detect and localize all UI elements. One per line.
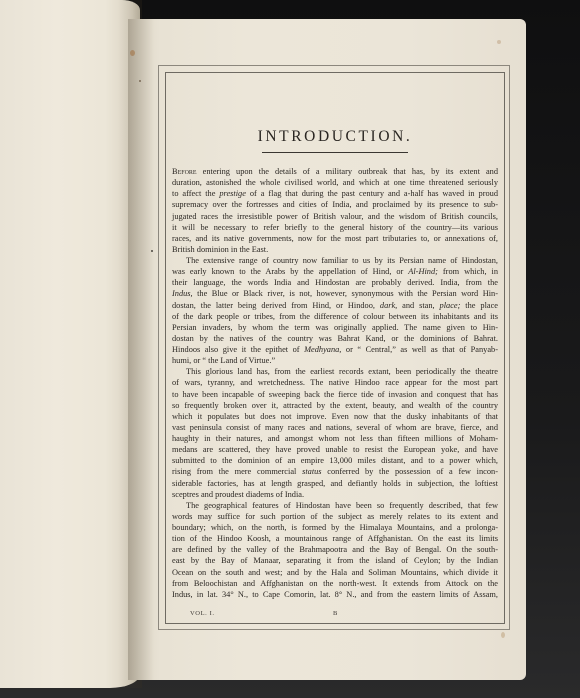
text-line: dostan, the latter being derived from Hi… — [172, 300, 498, 311]
italic-term: place; — [440, 301, 461, 310]
italic-term: status — [302, 467, 321, 476]
text-line: Indus, the Blue or Black river, is not, … — [172, 288, 498, 299]
text-line: duration, astonished the whole civilised… — [172, 177, 498, 188]
text-line: their language, the words India and Hind… — [172, 277, 498, 288]
text-line: humi, or “ the Land of Virtue.” — [172, 355, 498, 366]
italic-term: prestige — [219, 189, 246, 198]
text-line: Indus, in lat. 34° N., to Cape Comorin, … — [172, 589, 498, 600]
text-line: rising from the mere commercial status c… — [172, 466, 498, 477]
heading-rule — [262, 152, 408, 153]
margin-mark — [151, 250, 153, 252]
text-line: vast peninsula consist of many races and… — [172, 422, 498, 433]
text-line: British dominion in the East. — [172, 244, 498, 255]
text-line: haughty in their natures, and amongst wh… — [172, 433, 498, 444]
text-line: to have been incapable of sweeping back … — [172, 389, 498, 400]
text-line: Persian invaders, by whom the term was o… — [172, 322, 498, 333]
foxing-spot — [501, 632, 505, 638]
italic-term: Indus, — [172, 289, 193, 298]
text-line: supremacy over the fortresses and cities… — [172, 199, 498, 210]
text-line: east by the Bay of Manaar, separating it… — [172, 555, 498, 566]
text-line: jugated races the irresistible power of … — [172, 211, 498, 222]
text-line: which it populates but does not improve.… — [172, 411, 498, 422]
text-line: siderable factories, has at length grasp… — [172, 478, 498, 489]
footer-volume: VOL. I. — [190, 610, 215, 617]
foxing-spot — [497, 40, 501, 44]
foxing-spot — [139, 80, 141, 82]
footer-signature-mark: B — [333, 610, 337, 617]
text-line: races, and its native governments, now f… — [172, 233, 498, 244]
text-line: Ocean on the south and west; and by the … — [172, 567, 498, 578]
text-line: boundary; which, on the north, is formed… — [172, 522, 498, 533]
text-line: it will be necessary to refer briefly to… — [172, 222, 498, 233]
text-line: This glorious land has, from the earlies… — [172, 366, 498, 377]
text-line: of the dark people or tribes, from the d… — [172, 311, 498, 322]
text-line: from Beloochistan and Affghanistan on th… — [172, 578, 498, 589]
text-line: The geographical features of Hindostan h… — [172, 500, 498, 511]
text-line: so frequently broken over it, attracted … — [172, 400, 498, 411]
text-line: Hindoos also give it the epithet of Medh… — [172, 344, 498, 355]
text-line: of wars, tyranny, and wretchedness. The … — [172, 377, 498, 388]
body-text: Before entering upon the details of a mi… — [172, 166, 498, 600]
italic-term: Medhyana, — [304, 345, 341, 354]
left-page-curled — [0, 0, 140, 688]
chapter-heading: INTRODUCTION. — [165, 128, 505, 146]
text-line: words may suffice for such portion of th… — [172, 511, 498, 522]
text-line: Before entering upon the details of a mi… — [172, 166, 498, 177]
small-caps-opening-word: Before — [172, 167, 197, 176]
italic-term: dark, — [380, 301, 397, 310]
text-line: was early known to the Arabs by the appe… — [172, 266, 498, 277]
text-line: submitted to the dominion of an empire 1… — [172, 455, 498, 466]
text-line: tion of the Hindoo Koosh, a mountainous … — [172, 533, 498, 544]
italic-term: Al-Hind; — [408, 267, 438, 276]
text-line: The extensive range of country now famil… — [172, 255, 498, 266]
text-line: dostan by the natives of the country was… — [172, 333, 498, 344]
text-line: medans are scattered, they have proved u… — [172, 444, 498, 455]
text-line: to affect the prestige of a flag that du… — [172, 188, 498, 199]
text-line: sceptres and proudest diadems of India. — [172, 489, 498, 500]
foxing-spot — [130, 50, 135, 56]
text-line: are defined by the valley of the Brahmap… — [172, 544, 498, 555]
